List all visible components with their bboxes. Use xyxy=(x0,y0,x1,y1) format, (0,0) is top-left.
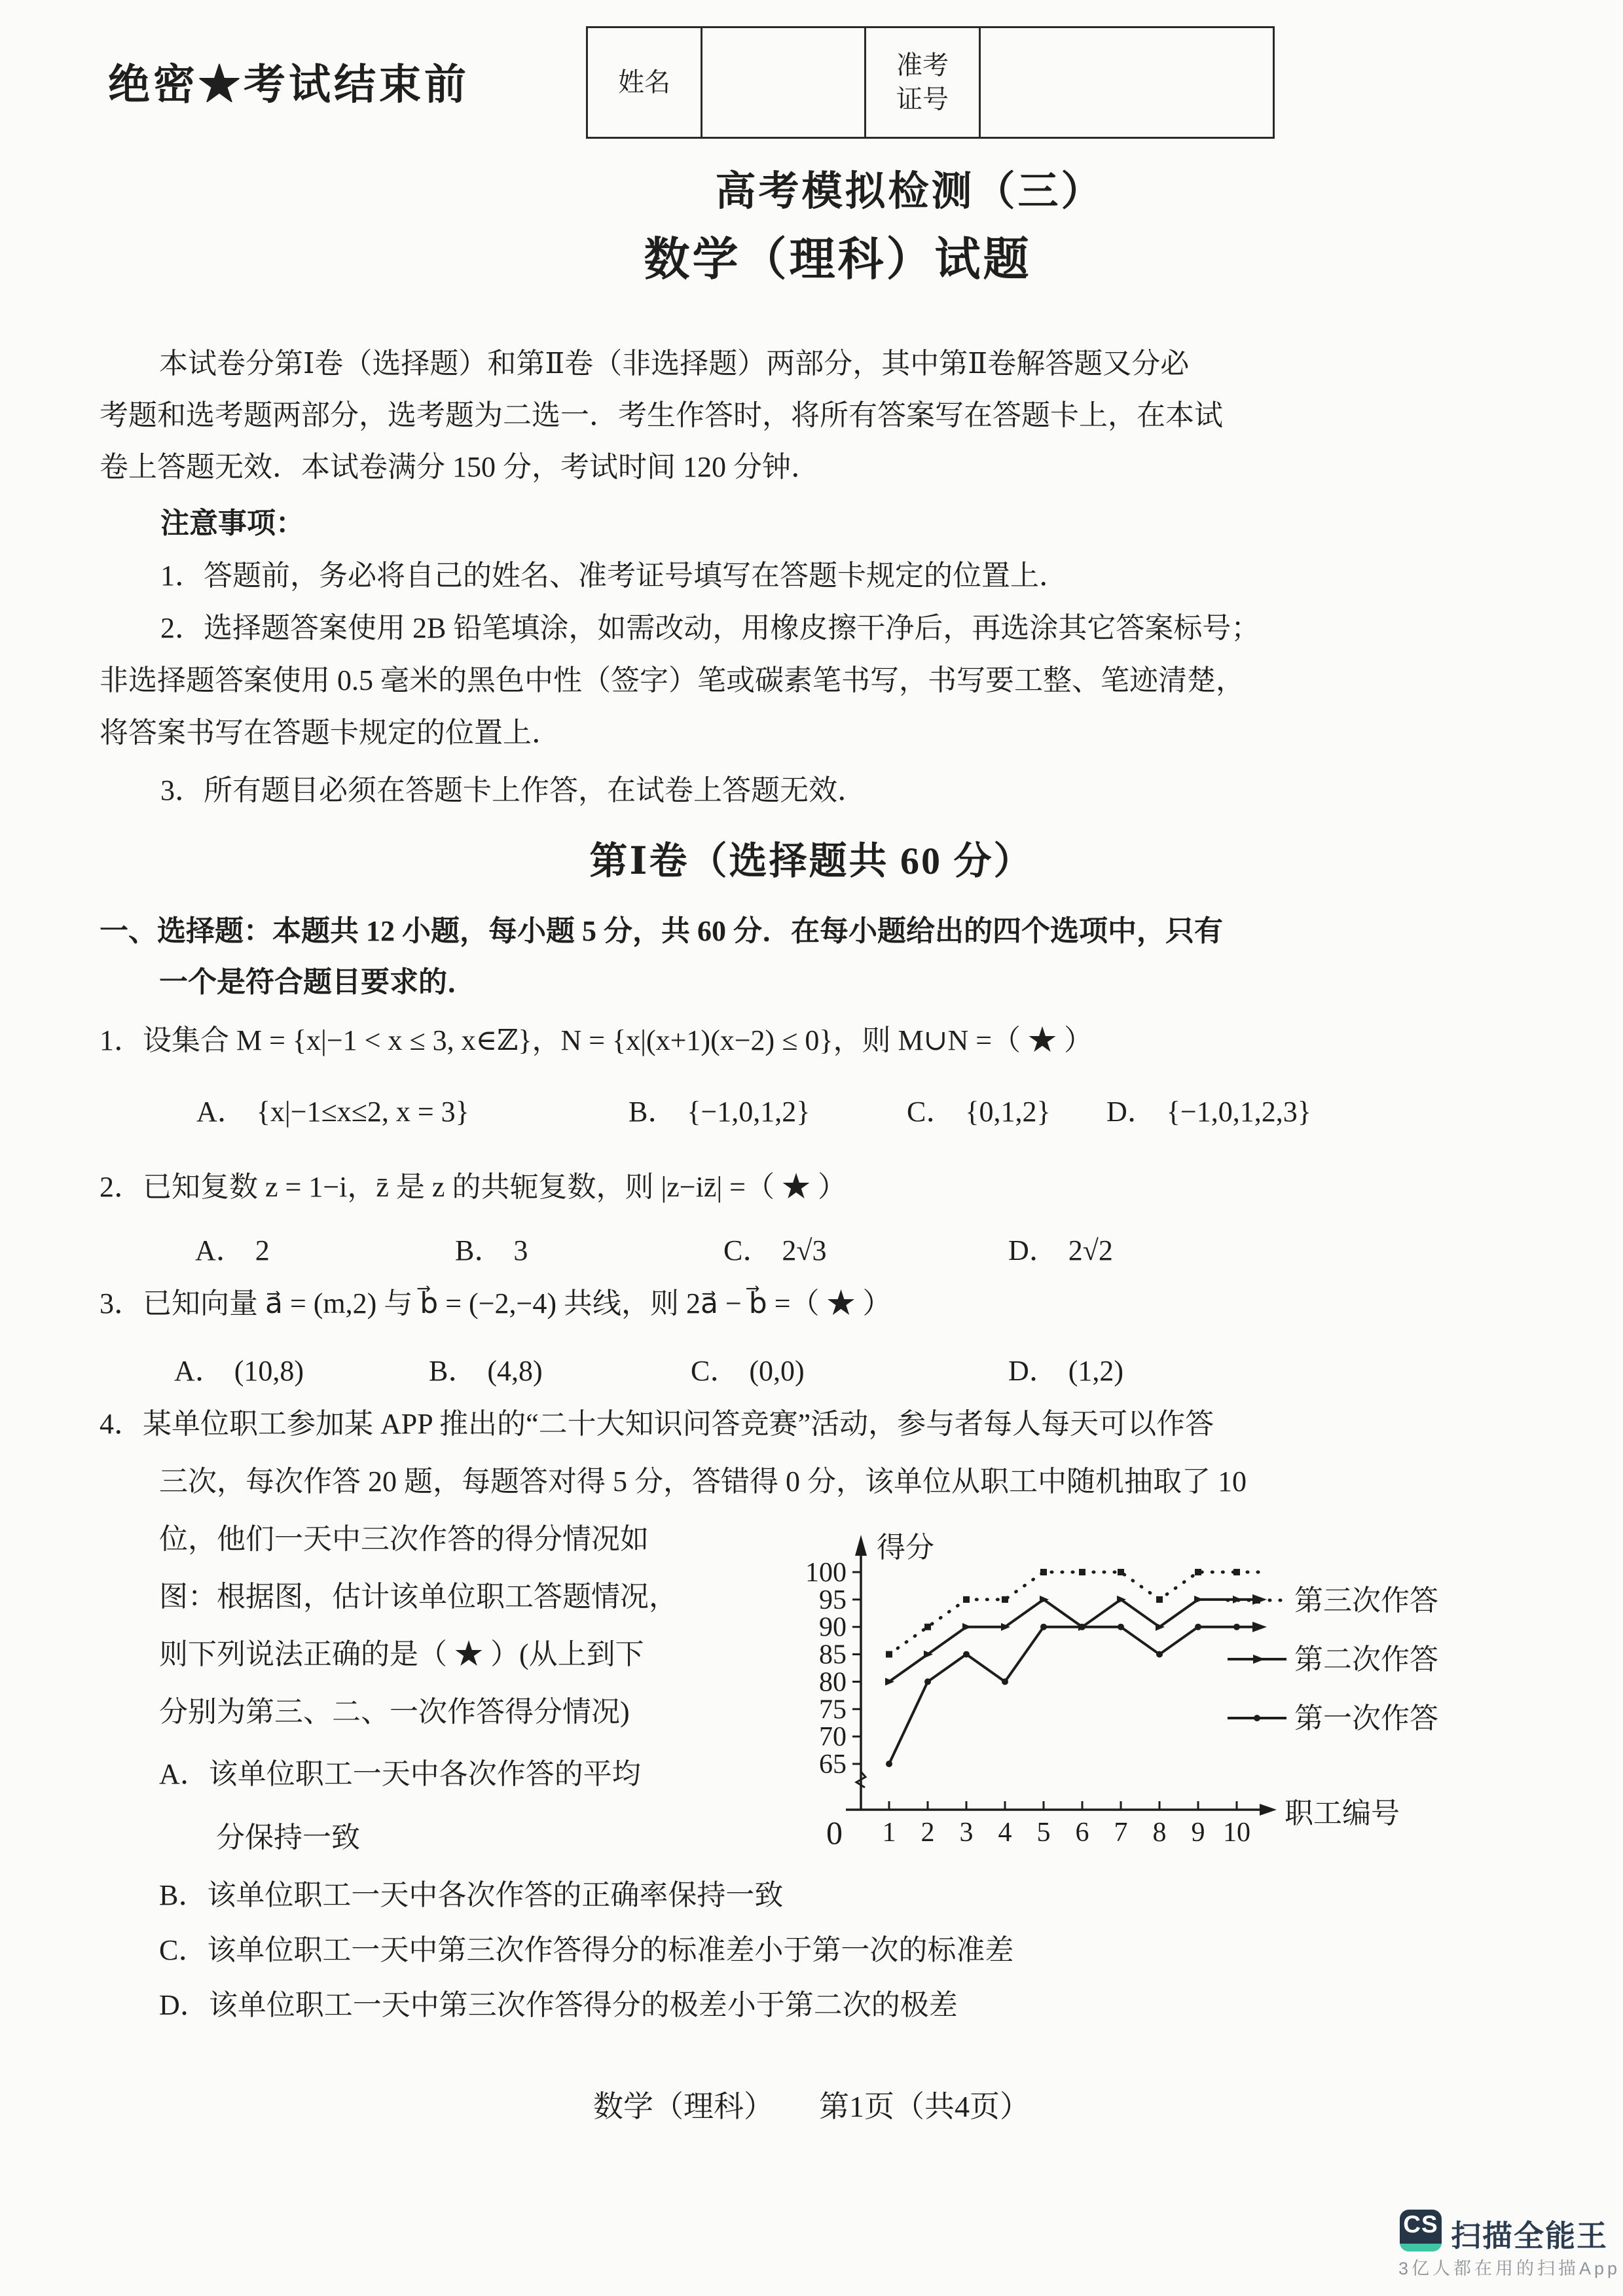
question-4-option-a: A．该单位职工一天中各次作答的平均 xyxy=(159,1756,641,1792)
option-value: (1,2) xyxy=(1068,1355,1123,1387)
option-label: B． xyxy=(429,1355,477,1387)
option-label: C． xyxy=(907,1096,955,1128)
ticket-label-cell: 准考 证号 xyxy=(866,28,981,137)
candidate-info-table: 姓名 准考 证号 xyxy=(586,26,1275,139)
svg-text:90: 90 xyxy=(819,1613,847,1643)
section-title: 第Ⅰ卷（选择题共 60 分） xyxy=(0,830,1623,885)
question-1-option-b: B．{−1,0,1,2} xyxy=(629,1088,810,1130)
option-value: {x|−1≤x≤2, x = 3} xyxy=(257,1096,469,1128)
option-value: 3 xyxy=(513,1234,528,1266)
question-4-option-c: C．该单位职工一天中第三次作答得分的标准差小于第一次的标准差 xyxy=(159,1932,1013,1968)
ticket-input-cell xyxy=(981,28,1273,137)
option-value: 2√3 xyxy=(782,1234,826,1266)
svg-text:75: 75 xyxy=(819,1695,847,1725)
exam-paper-page: 绝密★考试结束前 姓名 准考 证号 高考模拟检测（三） 数学（理科）试题 本试卷… xyxy=(0,0,1623,2296)
intro-line: 考题和选考题两部分，选考题为二选一．考生作答时，将所有答案写在答题卡上，在本试 xyxy=(100,397,1223,433)
svg-text:2: 2 xyxy=(921,1818,935,1848)
question-4-left-line: 位，他们一天中三次作答的得分情况如 xyxy=(159,1521,649,1557)
question-4-option-b: B．该单位职工一天中各次作答的正确率保持一致 xyxy=(159,1877,783,1913)
svg-text:1: 1 xyxy=(883,1818,896,1848)
svg-text:65: 65 xyxy=(819,1749,847,1780)
notes-title: 注意事项： xyxy=(160,505,304,541)
note-line: 3．所有题目必须在答题卡上作答，在试卷上答题无效． xyxy=(160,772,866,808)
camscanner-app-name: 扫描全能王 xyxy=(1451,2212,1608,2255)
option-label: C． xyxy=(723,1234,771,1266)
option-value: (10,8) xyxy=(234,1355,304,1387)
option-label: A． xyxy=(174,1355,224,1387)
option-value: 2 xyxy=(255,1234,270,1266)
question-3-stem: 3．已知向量 a⃗ = (m,2) 与 b⃗ = (−2,−4) 共线，则 2a… xyxy=(100,1285,892,1321)
score-line-chart: 得分职工编号06570758085909510012345678910第三次作答… xyxy=(799,1502,1532,1869)
exam-title: 高考模拟检测（三） xyxy=(98,158,1623,217)
question-1-stem: 1．设集合 M = {x|−1 < x ≤ 3, x∈ℤ}，N = {x|(x+… xyxy=(100,1022,1093,1058)
page-footer: 数学（理科） 第1页（共4页） xyxy=(0,2083,1623,2126)
svg-text:100: 100 xyxy=(805,1558,847,1588)
svg-text:第二次作答: 第二次作答 xyxy=(1294,1643,1438,1676)
option-value: {0,1,2} xyxy=(965,1096,1050,1128)
question-2-option-b: B．3 xyxy=(455,1227,528,1268)
question-2-option-d: D．2√2 xyxy=(1008,1227,1113,1268)
question-1-option-c: C．{0,1,2} xyxy=(907,1088,1051,1130)
svg-text:第一次作答: 第一次作答 xyxy=(1294,1702,1438,1734)
option-label: A． xyxy=(196,1096,246,1128)
name-label-cell: 姓名 xyxy=(588,28,702,137)
svg-text:4: 4 xyxy=(998,1818,1012,1848)
note-line: 1．答题前，务必将自己的姓名、准考证号填写在答题卡规定的位置上． xyxy=(160,558,1068,594)
note-line: 非选择题答案使用 0.5 毫米的黑色中性（签字）笔或碳素笔书写，书写要工整、笔迹… xyxy=(100,662,1245,698)
option-value: 2√2 xyxy=(1068,1234,1113,1266)
question-3-option-b: B．(4,8) xyxy=(429,1347,543,1389)
svg-text:70: 70 xyxy=(819,1722,847,1752)
option-label: B． xyxy=(629,1096,676,1128)
option-value: {−1,0,1,2} xyxy=(687,1096,810,1128)
question-2-stem: 2．已知复数 z = 1−i，z̄ 是 z 的共轭复数，则 |z−iz̄| =（… xyxy=(100,1169,847,1205)
question-1-option-a: A．{x|−1≤x≤2, x = 3} xyxy=(196,1088,469,1130)
option-label: D． xyxy=(1008,1234,1058,1266)
option-value: {−1,0,1,2,3} xyxy=(1167,1096,1311,1128)
section-instruction: 一个是符合题目要求的． xyxy=(159,964,476,1000)
question-4-left-line: 则下列说法正确的是（ ★ ）(从上到下 xyxy=(159,1636,644,1672)
option-label: B． xyxy=(455,1234,503,1266)
svg-text:0: 0 xyxy=(826,1814,843,1851)
section-instruction: 一、选择题：本题共 12 小题，每小题 5 分，共 60 分．在每小题给出的四个… xyxy=(100,913,1223,949)
camscanner-logo-accent xyxy=(1400,2244,1442,2251)
question-4-stem-line: 4．某单位职工参加某 APP 推出的“二十大知识问答竞赛”活动，参与者每人每天可… xyxy=(100,1406,1214,1442)
option-label: A． xyxy=(195,1234,245,1266)
svg-text:5: 5 xyxy=(1037,1818,1051,1848)
question-4-left-line: 分别为第三、二、一次作答得分情况) xyxy=(159,1694,630,1730)
question-4-option-a-cont: 分保持一致 xyxy=(216,1820,360,1856)
question-3-option-d: D．(1,2) xyxy=(1008,1347,1123,1389)
option-value: (0,0) xyxy=(749,1355,804,1387)
option-label: D． xyxy=(1008,1355,1058,1387)
svg-text:10: 10 xyxy=(1223,1818,1250,1848)
svg-text:职工编号: 职工编号 xyxy=(1285,1797,1400,1829)
intro-line: 本试卷分第Ⅰ卷（选择题）和第Ⅱ卷（非选择题）两部分，其中第Ⅱ卷解答题又分必 xyxy=(159,346,1189,382)
svg-text:95: 95 xyxy=(819,1585,847,1615)
question-4-left-line: 图：根据图，估计该单位职工答题情况， xyxy=(159,1579,678,1615)
camscanner-tagline: 3亿人都在用的扫描App xyxy=(1398,2254,1620,2280)
question-2-option-c: C．2√3 xyxy=(723,1227,827,1268)
note-line: 2．选择题答案使用 2B 铅笔填涂，如需改动，用橡皮擦干净后，再选涂其它答案标号… xyxy=(160,610,1260,646)
svg-text:9: 9 xyxy=(1192,1818,1205,1848)
svg-text:8: 8 xyxy=(1153,1818,1167,1848)
svg-text:85: 85 xyxy=(819,1640,847,1670)
question-3-option-a: A．(10,8) xyxy=(174,1347,304,1389)
question-4-chart-area: 得分职工编号06570758085909510012345678910第三次作答… xyxy=(799,1502,1532,1869)
svg-text:6: 6 xyxy=(1076,1818,1089,1848)
camscanner-logo-text: CS xyxy=(1400,2211,1442,2238)
subject-title: 数学（理科）试题 xyxy=(26,223,1623,289)
svg-text:80: 80 xyxy=(819,1667,847,1697)
question-4-option-d: D．该单位职工一天中第三次作答得分的极差小于第二次的极差 xyxy=(159,1987,958,2023)
name-input-cell xyxy=(702,28,866,137)
intro-line: 卷上答题无效．本试卷满分 150 分，考试时间 120 分钟． xyxy=(100,449,820,485)
secret-banner: 绝密★考试结束前 xyxy=(108,51,469,111)
question-2-option-a: A．2 xyxy=(195,1227,270,1268)
question-3-option-c: C．(0,0) xyxy=(691,1347,805,1389)
svg-text:7: 7 xyxy=(1114,1818,1128,1848)
svg-text:第三次作答: 第三次作答 xyxy=(1294,1585,1438,1617)
question-4-stem-line: 三次，每次作答 20 题，每题答对得 5 分，答错得 0 分，该单位从职工中随机… xyxy=(159,1463,1247,1499)
camscanner-logo-icon: CS xyxy=(1400,2210,1442,2251)
note-line: 将答案书写在答题卡规定的位置上． xyxy=(100,715,560,751)
question-1-option-d: D．{−1,0,1,2,3} xyxy=(1106,1088,1311,1130)
svg-text:3: 3 xyxy=(960,1818,974,1848)
svg-text:得分: 得分 xyxy=(877,1532,934,1564)
option-label: C． xyxy=(691,1355,739,1387)
option-value: (4,8) xyxy=(487,1355,542,1387)
option-label: D． xyxy=(1106,1096,1156,1128)
